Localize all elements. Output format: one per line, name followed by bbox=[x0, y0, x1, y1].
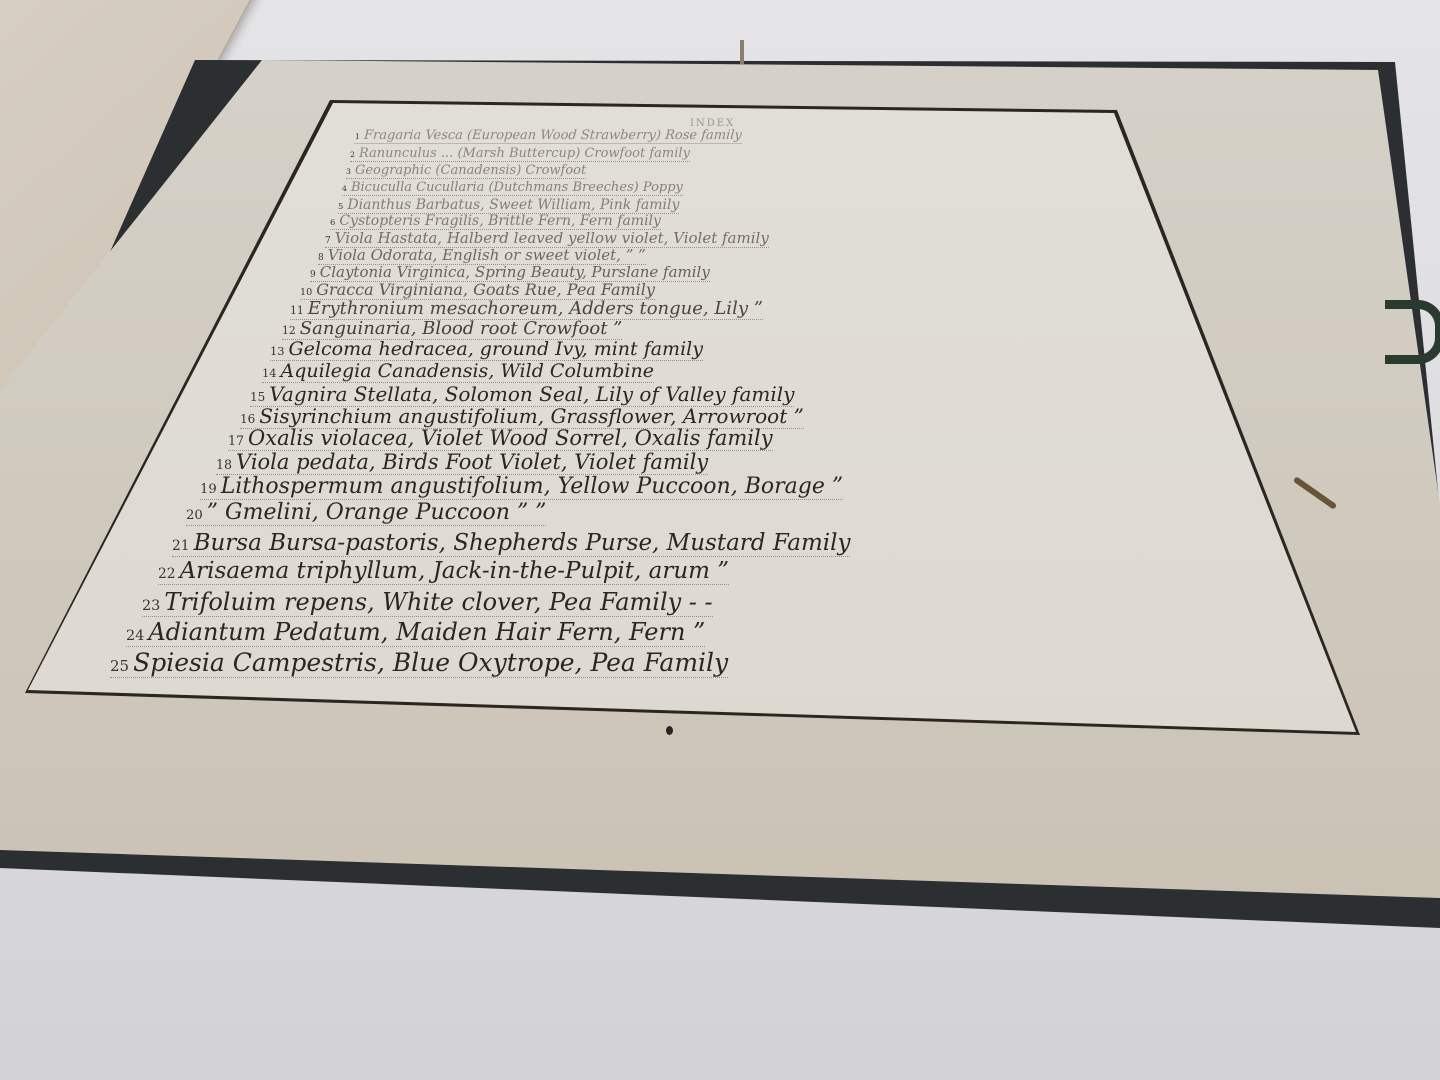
index-entry: 19Lithospermum angustifolium, Yellow Puc… bbox=[200, 474, 843, 500]
index-entry: 2Ranunculus ... (Marsh Buttercup) Crowfo… bbox=[350, 146, 690, 162]
index-entry: 12Sanguinaria, Blood root Crowfoot ” bbox=[282, 318, 622, 340]
index-entry: 13Gelcoma hedracea, ground Ivy, mint fam… bbox=[270, 338, 703, 361]
index-entry: 20” Gmelini, Orange Puccoon ” ” bbox=[186, 500, 546, 526]
index-entry: 24Adiantum Pedatum, Maiden Hair Fern, Fe… bbox=[126, 618, 705, 647]
index-entry: 10Gracca Virginiana, Goats Rue, Pea Fami… bbox=[300, 280, 655, 300]
index-entry: 11Erythronium mesachoreum, Adders tongue… bbox=[290, 298, 763, 320]
index-entries-list: 1Fragaria Vesca (European Wood Strawberr… bbox=[0, 0, 1440, 1080]
index-entry: 17Oxalis violacea, Violet Wood Sorrel, O… bbox=[228, 426, 773, 451]
index-entry: 14Aquilegia Canadensis, Wild Columbine bbox=[262, 360, 654, 383]
index-entry: 1Fragaria Vesca (European Wood Strawberr… bbox=[354, 128, 742, 144]
index-entry: 4Bicuculla Cucullaria (Dutchmans Breeche… bbox=[342, 180, 683, 196]
index-entry: 5Dianthus Barbatus, Sweet William, Pink … bbox=[338, 197, 679, 214]
index-entry: 23Trifoluim repens, White clover, Pea Fa… bbox=[142, 588, 713, 617]
index-entry: 25Spiesia Campestris, Blue Oxytrope, Pea… bbox=[110, 648, 728, 678]
index-entry: 22Arisaema triphyllum, Jack-in-the-Pulpi… bbox=[158, 558, 729, 585]
index-entry: 3Geographic (Canadensis) Crowfoot bbox=[346, 163, 586, 179]
index-entry: 6Cystopteris Fragilis, Brittle Fern, Fer… bbox=[330, 213, 661, 230]
index-entry: 21Bursa Bursa-pastoris, Shepherds Purse,… bbox=[172, 530, 850, 557]
index-entry: 18Viola pedata, Birds Foot Violet, Viole… bbox=[216, 450, 708, 475]
